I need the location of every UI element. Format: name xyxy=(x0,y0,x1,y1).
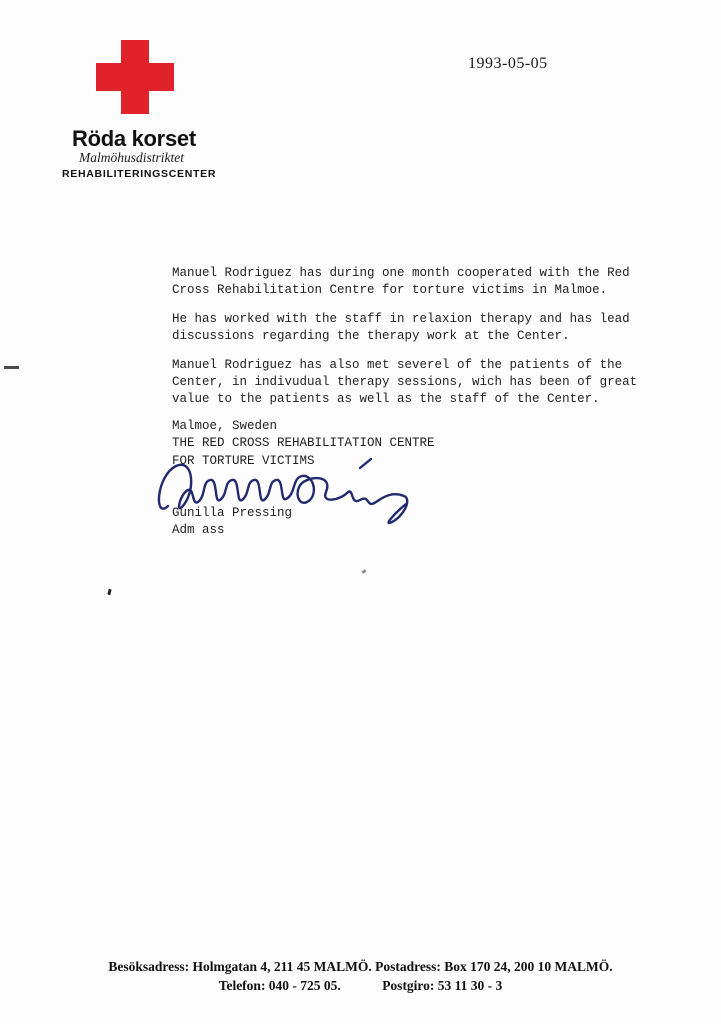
signoff-org-line1: THE RED CROSS REHABILITATION CENTRE xyxy=(172,435,435,452)
body-line: value to the patients as well as the sta… xyxy=(172,391,662,408)
signature-pen-flick xyxy=(360,459,371,468)
body-line: Manuel Rodriguez has also met severel of… xyxy=(172,357,662,374)
signature-name: Gunilla Pressing xyxy=(172,505,292,522)
red-cross-icon xyxy=(96,40,174,114)
body-line: Manuel Rodriguez has during one month co… xyxy=(172,265,662,282)
signature-title: Adm ass xyxy=(172,522,225,539)
body-line: He has worked with the staff in relaxion… xyxy=(172,311,662,328)
footer-telefon: Telefon: 040 - 725 05. xyxy=(219,978,341,993)
paragraph-2: He has worked with the staff in relaxion… xyxy=(172,311,662,346)
body-line: discussions regarding the therapy work a… xyxy=(172,328,662,345)
letter-date: 1993-05-05 xyxy=(468,55,548,73)
letter-page: Röda korset Malmöhusdistriktet REHABILIT… xyxy=(0,0,721,1024)
org-name: Röda korset xyxy=(72,126,196,152)
stray-speck-mark xyxy=(362,569,367,574)
body-line: Center, in indivudual therapy sessions, … xyxy=(172,374,662,391)
letter-body: Manuel Rodriguez has during one month co… xyxy=(172,265,662,420)
body-line: Cross Rehabilitation Centre for torture … xyxy=(172,282,662,299)
signoff-place: Malmoe, Sweden xyxy=(172,418,435,435)
paragraph-1: Manuel Rodriguez has during one month co… xyxy=(172,265,662,300)
footer-address-line: Besöksadress: Holmgatan 4, 211 45 MALMÖ.… xyxy=(0,959,721,975)
red-cross-horizontal-bar xyxy=(96,63,174,91)
footer-postgiro: Postgiro: 53 11 30 - 3 xyxy=(382,978,502,994)
footer-contact-line: Telefon: 040 - 725 05. Postgiro: 53 11 3… xyxy=(0,978,721,994)
stray-ink-mark xyxy=(107,589,111,596)
org-center-label: REHABILITERINGSCENTER xyxy=(62,168,216,180)
paragraph-3: Manuel Rodriguez has also met severel of… xyxy=(172,357,662,409)
org-district: Malmöhusdistriktet xyxy=(79,150,184,166)
margin-dash-mark xyxy=(4,366,19,369)
